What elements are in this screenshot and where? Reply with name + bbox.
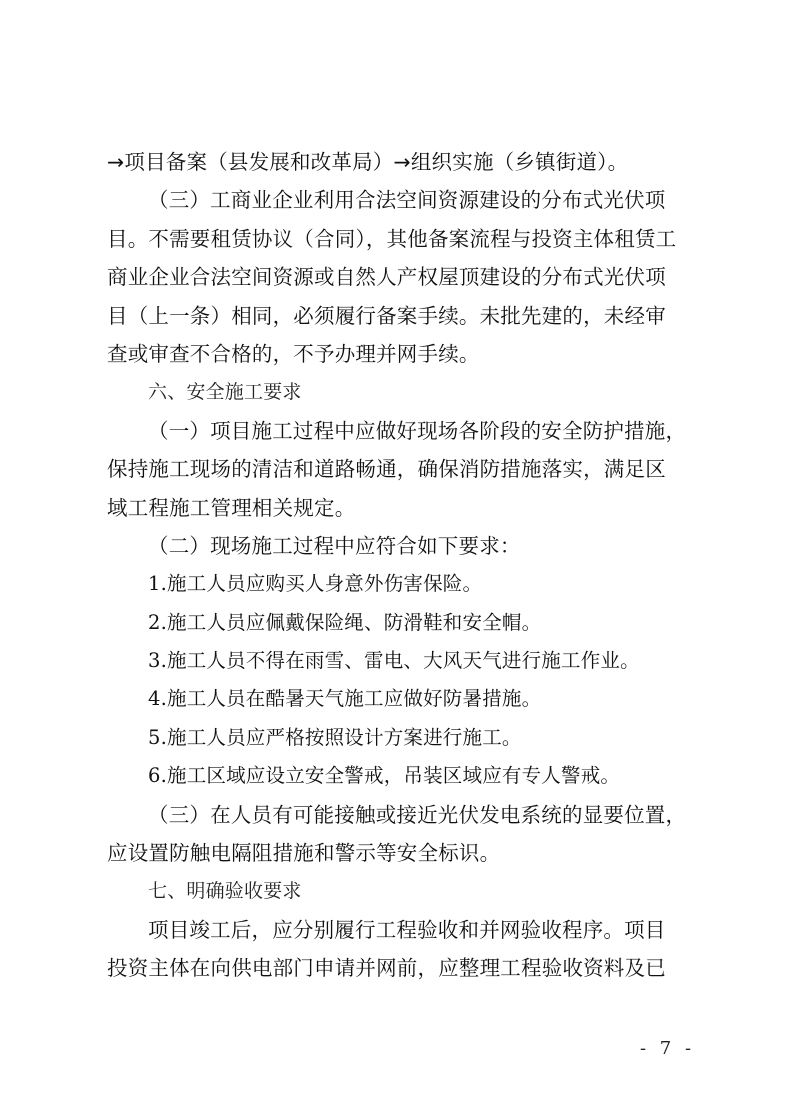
text-line: →项目备案（县发展和改革局）→组织实施（乡镇街道）。 xyxy=(107,143,697,181)
body-text: →项目备案（县发展和改革局）→组织实施（乡镇街道）。 （三）工商业企业利用合法空… xyxy=(107,143,697,988)
text-line: 目。不需要租赁协议（合同），其他备案流程与投资主体租赁工 xyxy=(107,220,697,258)
text-line: （三）在人员有可能接触或接近光伏发电系统的显要位置， xyxy=(107,796,697,834)
list-item: 2.施工人员应佩戴保险绳、防滑鞋和安全帽。 xyxy=(107,604,697,642)
section-heading: 七、明确验收要求 xyxy=(107,872,697,910)
list-item: 5.施工人员应严格按照设计方案进行施工。 xyxy=(107,719,697,757)
text-line: （一）项目施工过程中应做好现场各阶段的安全防护措施， xyxy=(107,412,697,450)
text-line: 项目竣工后，应分别履行工程验收和并网验收程序。项目 xyxy=(107,911,697,949)
text-line: （三）工商业企业利用合法空间资源建设的分布式光伏项 xyxy=(107,181,697,219)
list-item: 4.施工人员在酷暑天气施工应做好防暑措施。 xyxy=(107,680,697,718)
text-line: 保持施工现场的清洁和道路畅通，确保消防措施落实，满足区 xyxy=(107,450,697,488)
text-line: （二）现场施工过程中应符合如下要求： xyxy=(107,527,697,565)
text-line: 域工程施工管理相关规定。 xyxy=(107,489,697,527)
text-line: 目（上一条）相同，必须履行备案手续。未批先建的，未经审 xyxy=(107,297,697,335)
list-item: 3.施工人员不得在雨雪、雷电、大风天气进行施工作业。 xyxy=(107,642,697,680)
section-heading: 六、安全施工要求 xyxy=(107,373,697,411)
text-line: 应设置防触电隔阻措施和警示等安全标识。 xyxy=(107,834,697,872)
document-page: →项目备案（县发展和改革局）→组织实施（乡镇街道）。 （三）工商业企业利用合法空… xyxy=(0,0,790,1118)
list-item: 1.施工人员应购买人身意外伤害保险。 xyxy=(107,565,697,603)
list-item: 6.施工区域应设立安全警戒，吊装区域应有专人警戒。 xyxy=(107,757,697,795)
text-line: 商业企业合法空间资源或自然人产权屋顶建设的分布式光伏项 xyxy=(107,258,697,296)
text-line: 投资主体在向供电部门申请并网前，应整理工程验收资料及已 xyxy=(107,949,697,987)
page-number: - 7 - xyxy=(640,1038,695,1059)
text-line: 查或审查不合格的，不予办理并网手续。 xyxy=(107,335,697,373)
